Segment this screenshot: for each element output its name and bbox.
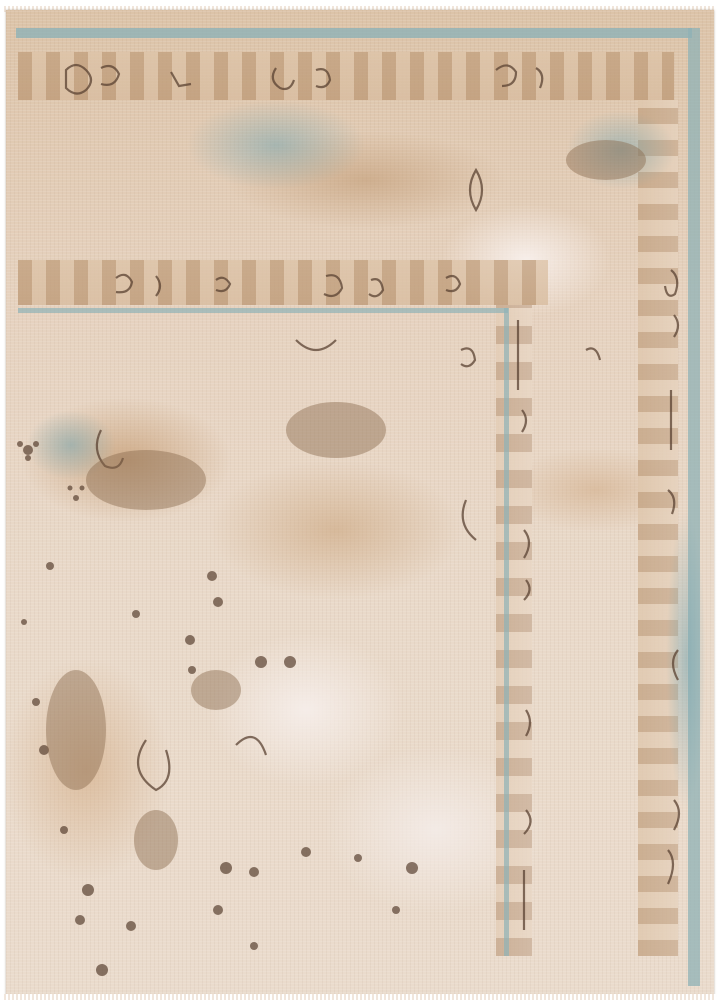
rug-fringe-bottom <box>4 994 716 1000</box>
rug <box>6 10 714 996</box>
rug-photo <box>0 0 720 1008</box>
rug-motifs <box>6 10 714 996</box>
